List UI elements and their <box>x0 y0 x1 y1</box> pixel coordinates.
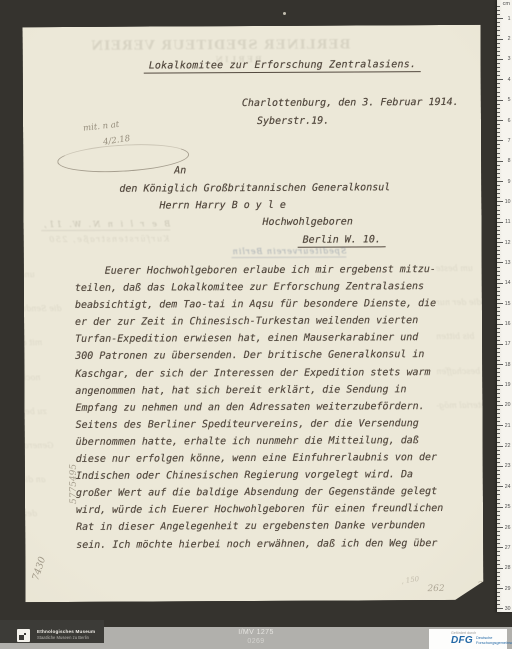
ruler-minor-tick <box>497 246 500 247</box>
ruler-minor-tick <box>497 258 500 259</box>
body-line-14: großer Wert auf die baldige Absendung de… <box>76 483 468 502</box>
street-line: Syberstr.19. <box>257 116 329 128</box>
ruler-minor-tick <box>497 291 500 292</box>
ruler-minor-tick <box>497 307 500 308</box>
ruler-minor-tick <box>497 104 500 105</box>
ruler-minor-tick <box>497 267 500 268</box>
ruler-number-4: 4 <box>508 77 511 83</box>
ruler-minor-tick <box>497 295 500 296</box>
ruler-minor-tick <box>497 311 500 312</box>
ruler-minor-tick <box>497 144 500 145</box>
recipient-line4: Berlin W. 10. <box>303 234 386 246</box>
ruler-minor-tick <box>497 470 500 471</box>
body-line-16: Rat in dieser Angelegenheit zu ergebenst… <box>76 517 468 536</box>
ruler-minor-tick <box>497 148 500 149</box>
ruler-minor-tick <box>497 393 500 394</box>
bleedthrough-blue-line: Spediteurverein Berlin <box>232 247 347 259</box>
dust-speck <box>283 12 286 15</box>
ruler-minor-tick <box>497 494 500 495</box>
bleedthrough-letterhead: BERLINER SPEDITEUR VEREIN <box>131 37 351 53</box>
ruler-minor-tick <box>497 429 500 430</box>
museum-logo-block: Ethnologisches Museum Staatliche Museen … <box>0 620 104 643</box>
ruler-minor-tick <box>497 47 500 48</box>
ruler-number-21: 21 <box>505 423 511 429</box>
ruler-minor-tick <box>497 596 500 597</box>
body-line-11: übernommen hatte, erhalte ich nunmehr di… <box>76 432 468 451</box>
bleedthrough-left-fragment-5: zu befördern <box>22 407 46 416</box>
ruler-number-2: 2 <box>508 36 511 42</box>
ruler-minor-tick <box>497 535 500 536</box>
dfg-full-name: Deutsche Forschungsgemeinschaft <box>476 636 512 645</box>
ruler-minor-tick <box>497 92 500 93</box>
ruler-minor-tick <box>497 87 500 88</box>
ruler-minor-tick <box>497 511 500 512</box>
ruler-minor-tick <box>497 319 500 320</box>
archive-identifiers: I/MV 1275 0269 <box>181 629 331 645</box>
ruler-minor-tick <box>497 560 500 561</box>
ruler-minor-tick <box>497 360 500 361</box>
ruler-minor-tick <box>497 531 500 532</box>
ruler-minor-tick <box>497 205 500 206</box>
ruler-minor-tick <box>497 238 500 239</box>
ruler-number-23: 23 <box>505 463 511 469</box>
ruler-number-3: 3 <box>508 56 511 62</box>
ruler-number-22: 22 <box>505 443 511 449</box>
ruler-minor-tick <box>497 165 500 166</box>
ruler-minor-tick <box>497 478 500 479</box>
ruler-minor-tick <box>497 108 500 109</box>
handwritten-bottom-scribble: , 150 <box>401 575 420 585</box>
ruler-minor-tick <box>497 26 500 27</box>
ruler-cm-tick <box>497 466 503 467</box>
ruler-cm-tick <box>497 140 503 141</box>
ruler-minor-tick <box>497 580 500 581</box>
handwritten-note: mit. n at <box>83 120 120 134</box>
ruler-minor-tick <box>497 543 500 544</box>
handwritten-vertical-number: 5775495 <box>69 439 79 529</box>
ruler-number-17: 17 <box>505 341 511 347</box>
ruler-number-20: 20 <box>505 402 511 408</box>
ruler-minor-tick <box>497 226 500 227</box>
ruler-minor-tick <box>497 279 500 280</box>
ruler-minor-tick <box>497 462 500 463</box>
ruler-cm-tick <box>497 222 503 223</box>
ruler-cm-tick <box>497 364 503 365</box>
ruler-minor-tick <box>497 43 500 44</box>
bleedthrough-address-2: Kurfürstenstraße, 250 <box>48 234 170 244</box>
handwritten-edge-number: 2 <box>477 581 483 591</box>
ruler-number-12: 12 <box>505 240 511 246</box>
ruler-number-28: 28 <box>505 565 511 571</box>
ruler-minor-tick <box>497 409 500 410</box>
ruler-minor-tick <box>497 450 500 451</box>
ruler-minor-tick <box>497 417 500 418</box>
ruler-minor-tick <box>497 22 500 23</box>
ruler-cm-tick <box>497 588 503 589</box>
date-line: Charlottenburg, den 3. Februar 1914. <box>242 97 459 110</box>
ruler-number-8: 8 <box>508 158 511 164</box>
ruler-minor-tick <box>497 63 500 64</box>
body-line-10: Seitens des Berliner Spediteurvereins, d… <box>76 415 468 434</box>
ruler-minor-tick <box>497 376 500 377</box>
ruler-minor-tick <box>497 10 500 11</box>
ruler-minor-tick <box>497 287 500 288</box>
ruler-minor-tick <box>497 515 500 516</box>
letter-body: Euerer Hochwohlgeboren erlaube ich mir e… <box>75 261 469 554</box>
ruler-number-18: 18 <box>505 362 511 368</box>
ruler-minor-tick <box>497 6 500 7</box>
ruler-cm-tick <box>497 262 503 263</box>
scan-background: BERLINER SPEDITEUR VEREIN BERLIN Lokalko… <box>0 0 512 649</box>
ruler-cm-tick <box>497 303 503 304</box>
ruler-minor-tick <box>497 490 500 491</box>
ruler-number-30: 30 <box>505 606 511 612</box>
handwritten-bottom-number: 262 <box>427 584 444 594</box>
bleedthrough-right-fragment-1: um beste <box>436 264 473 273</box>
ruler-cm-tick <box>497 507 503 508</box>
handwritten-oval-mark <box>57 141 190 176</box>
ruler-cm-tick <box>497 161 503 162</box>
archive-signature: I/MV 1275 <box>181 629 331 636</box>
ruler-cm-tick <box>497 568 503 569</box>
ruler-cm-tick <box>497 486 503 487</box>
ruler-minor-tick <box>497 185 500 186</box>
ruler-minor-tick <box>497 71 500 72</box>
bleedthrough-left-fragment-3: mit der Zeit <box>22 338 42 347</box>
bleedthrough-left-fragment-7: an die Stelle <box>22 475 45 484</box>
ruler-minor-tick <box>497 96 500 97</box>
body-line-12: diese nur erfolgen könne, wenn eine Einf… <box>76 449 468 468</box>
ruler-minor-tick <box>497 380 500 381</box>
bleedthrough-address-1: B e r l i n N. W. 11, <box>42 219 171 231</box>
measurement-ruler: cm 1234567891011121314151617181920212223… <box>497 0 512 612</box>
letter-heading-text: Lokalkomitee zur Erforschung Zentralasie… <box>144 59 422 73</box>
ruler-minor-tick <box>497 336 500 337</box>
ruler-minor-tick <box>497 503 500 504</box>
ruler-number-27: 27 <box>505 545 511 551</box>
ruler-cm-tick <box>497 181 503 182</box>
ruler-cm-tick <box>497 547 503 548</box>
bleedthrough-left-fragment-4: noch bitten <box>22 373 40 382</box>
bleedthrough-right-fragment-2: die der nur <box>436 298 481 307</box>
ruler-minor-tick <box>497 604 500 605</box>
body-line-8: angenommen hat, hat sich bereit erklärt,… <box>75 381 467 400</box>
ruler-minor-tick <box>497 442 500 443</box>
ruler-minor-tick <box>497 551 500 552</box>
ruler-minor-tick <box>497 157 500 158</box>
ruler-minor-tick <box>497 368 500 369</box>
letter-heading: Lokalkomitee zur Erforschung Zentralasie… <box>149 59 422 72</box>
ruler-minor-tick <box>497 482 500 483</box>
ruler-minor-tick <box>497 124 500 125</box>
ruler-minor-tick <box>497 564 500 565</box>
letter-paper: BERLINER SPEDITEUR VEREIN BERLIN Lokalko… <box>22 25 483 602</box>
body-line-13: Indischen oder Chinesischen Regierung vo… <box>76 466 468 485</box>
ruler-minor-tick <box>497 112 500 113</box>
ruler-minor-tick <box>497 275 500 276</box>
ruler-minor-tick <box>497 230 500 231</box>
ruler-minor-tick <box>497 197 500 198</box>
ruler-cm-tick <box>497 446 503 447</box>
body-line-2: teilen, daß das Lokalkomitee zur Erforsc… <box>75 278 467 297</box>
ruler-minor-tick <box>497 193 500 194</box>
body-line-17: sein. Ich möchte hierbei noch erwähnen, … <box>76 534 468 553</box>
archive-footer-bar: Ethnologisches Museum Staatliche Museen … <box>0 627 512 649</box>
ruler-cm-tick <box>497 344 503 345</box>
museum-logo-icon <box>17 629 30 642</box>
ruler-number-24: 24 <box>505 484 511 490</box>
body-line-6: 300 Patronen zu übersenden. Der britisch… <box>75 346 467 365</box>
ruler-number-6: 6 <box>508 118 511 124</box>
ruler-minor-tick <box>497 401 500 402</box>
ruler-minor-tick <box>497 153 500 154</box>
body-line-4: er der zur Zeit in Chinesisch-Turkestan … <box>75 312 467 331</box>
ruler-cm-tick <box>497 18 503 19</box>
ruler-minor-tick <box>497 433 500 434</box>
ruler-minor-tick <box>497 352 500 353</box>
ruler-minor-tick <box>497 328 500 329</box>
ruler-minor-tick <box>497 356 500 357</box>
recipient-to: An <box>174 165 186 177</box>
ruler-cm-tick <box>497 385 503 386</box>
ruler-minor-tick <box>497 75 500 76</box>
museum-name: Ethnologisches Museum <box>37 629 95 634</box>
ruler-number-7: 7 <box>508 138 511 144</box>
ruler-minor-tick <box>497 189 500 190</box>
ruler-cm-tick <box>497 425 503 426</box>
ruler-minor-tick <box>497 35 500 36</box>
ruler-minor-tick <box>497 519 500 520</box>
ruler-minor-tick <box>497 177 500 178</box>
ruler-minor-tick <box>497 234 500 235</box>
ruler-cm-tick <box>497 527 503 528</box>
ruler-cm-tick <box>497 283 503 284</box>
ruler-minor-tick <box>497 116 500 117</box>
archive-page-number: 0269 <box>181 638 331 645</box>
ruler-minor-tick <box>497 214 500 215</box>
ruler-minor-tick <box>497 218 500 219</box>
ruler-number-1: 1 <box>508 16 511 22</box>
bleedthrough-left-fragment-1: und heute <box>22 270 34 279</box>
ruler-number-16: 16 <box>505 321 511 327</box>
body-line-7: Kaschgar, der sich der Interessen der Ex… <box>75 363 467 382</box>
bleedthrough-left-fragment-2: die Sendung nur <box>22 304 61 313</box>
ruler-cm-tick <box>497 608 503 609</box>
museum-logo-glyph-small <box>24 633 26 635</box>
bleedthrough-right-fragment-3: bis bitten <box>436 332 474 341</box>
ruler-cm-tick <box>497 324 503 325</box>
ruler-minor-tick <box>497 397 500 398</box>
ruler-cm-tick <box>497 39 503 40</box>
ruler-minor-tick <box>497 30 500 31</box>
ruler-minor-tick <box>497 136 500 137</box>
dfg-name-line2: Forschungsgemeinschaft <box>476 641 512 646</box>
body-line-9: Empfang zu nehmen und an den Adressaten … <box>75 398 467 417</box>
recipient-line2: Herrn Harry B o y l e <box>159 200 285 213</box>
ruler-minor-tick <box>497 413 500 414</box>
ruler-minor-tick <box>497 67 500 68</box>
ruler-cm-tick <box>497 201 503 202</box>
body-line-15: wird, würde ich Euerer Hochwohlgeboren f… <box>76 500 468 519</box>
body-line-3: beabsichtigt, dem Tao-tai in Aqsu für be… <box>75 295 467 314</box>
ruler-minor-tick <box>497 340 500 341</box>
ruler-minor-tick <box>497 128 500 129</box>
ruler-cm-tick <box>497 100 503 101</box>
ruler-minor-tick <box>497 254 500 255</box>
dfg-logo: Gefördert durch DFG Deutsche Forschungsg… <box>429 629 507 649</box>
ruler-minor-tick <box>497 14 500 15</box>
ruler-minor-tick <box>497 437 500 438</box>
ruler-number-19: 19 <box>505 382 511 388</box>
ruler-minor-tick <box>497 600 500 601</box>
ruler-minor-tick <box>497 539 500 540</box>
ruler-minor-tick <box>497 51 500 52</box>
ruler-minor-tick <box>497 299 500 300</box>
ruler-number-25: 25 <box>505 504 511 510</box>
ruler-minor-tick <box>497 348 500 349</box>
ruler-number-13: 13 <box>505 260 511 266</box>
ruler-minor-tick <box>497 576 500 577</box>
ruler-number-5: 5 <box>508 97 511 103</box>
dfg-acronym: DFG <box>451 635 473 646</box>
recipient-line3: Hochwohlgeboren <box>262 216 352 228</box>
ruler-minor-tick <box>497 584 500 585</box>
ruler-minor-tick <box>497 83 500 84</box>
ruler-number-11: 11 <box>505 219 510 225</box>
ruler-cm-tick <box>497 242 503 243</box>
body-line-1: Euerer Hochwohlgeboren erlaube ich mir e… <box>75 261 467 280</box>
ruler-minor-tick <box>497 454 500 455</box>
ruler-minor-tick <box>497 55 500 56</box>
ruler-number-14: 14 <box>505 280 511 286</box>
bleedthrough-left-fragment-8: der ersten <box>22 510 37 519</box>
ruler-minor-tick <box>497 474 500 475</box>
ruler-minor-tick <box>497 572 500 573</box>
recipient-line1: den Königlich Großbritannischen Generalk… <box>119 182 390 195</box>
ruler-number-26: 26 <box>505 525 511 531</box>
ruler-minor-tick <box>497 315 500 316</box>
museum-logo-glyph <box>19 635 24 640</box>
ruler-minor-tick <box>497 523 500 524</box>
ruler-cm-tick <box>497 79 503 80</box>
body-line-5: Turfan-Expedition erwiesen hat, einen Ma… <box>75 329 467 348</box>
ruler-minor-tick <box>497 421 500 422</box>
handwritten-corner-number: 7430 <box>29 551 50 587</box>
ruler-minor-tick <box>497 389 500 390</box>
ruler-minor-tick <box>497 132 500 133</box>
bleedthrough-right-fragment-5: Material mög- <box>436 401 483 410</box>
ruler-number-15: 15 <box>505 301 511 307</box>
ruler-cm-tick <box>497 405 503 406</box>
ruler-number-10: 10 <box>505 199 511 205</box>
ruler-cm-tick <box>497 120 503 121</box>
ruler-minor-tick <box>497 169 500 170</box>
ruler-number-9: 9 <box>508 179 511 185</box>
ruler-minor-tick <box>497 372 500 373</box>
museum-subtitle: Staatliche Museen zu Berlin <box>37 635 89 640</box>
ruler-number-29: 29 <box>505 586 511 592</box>
ruler-minor-tick <box>497 592 500 593</box>
ruler-minor-tick <box>497 173 500 174</box>
ruler-minor-tick <box>497 458 500 459</box>
ruler-minor-tick <box>497 332 500 333</box>
bleedthrough-right-fragment-4: zu beschaffen <box>436 366 483 375</box>
ruler-cm-tick <box>497 59 503 60</box>
ruler-unit-label: cm <box>503 1 510 7</box>
ruler-minor-tick <box>497 499 500 500</box>
ruler-minor-tick <box>497 271 500 272</box>
bleedthrough-left-fragment-6: Generalkonsul <box>22 441 53 450</box>
ruler-minor-tick <box>497 210 500 211</box>
ruler-minor-tick <box>497 250 500 251</box>
ruler-minor-tick <box>497 555 500 556</box>
